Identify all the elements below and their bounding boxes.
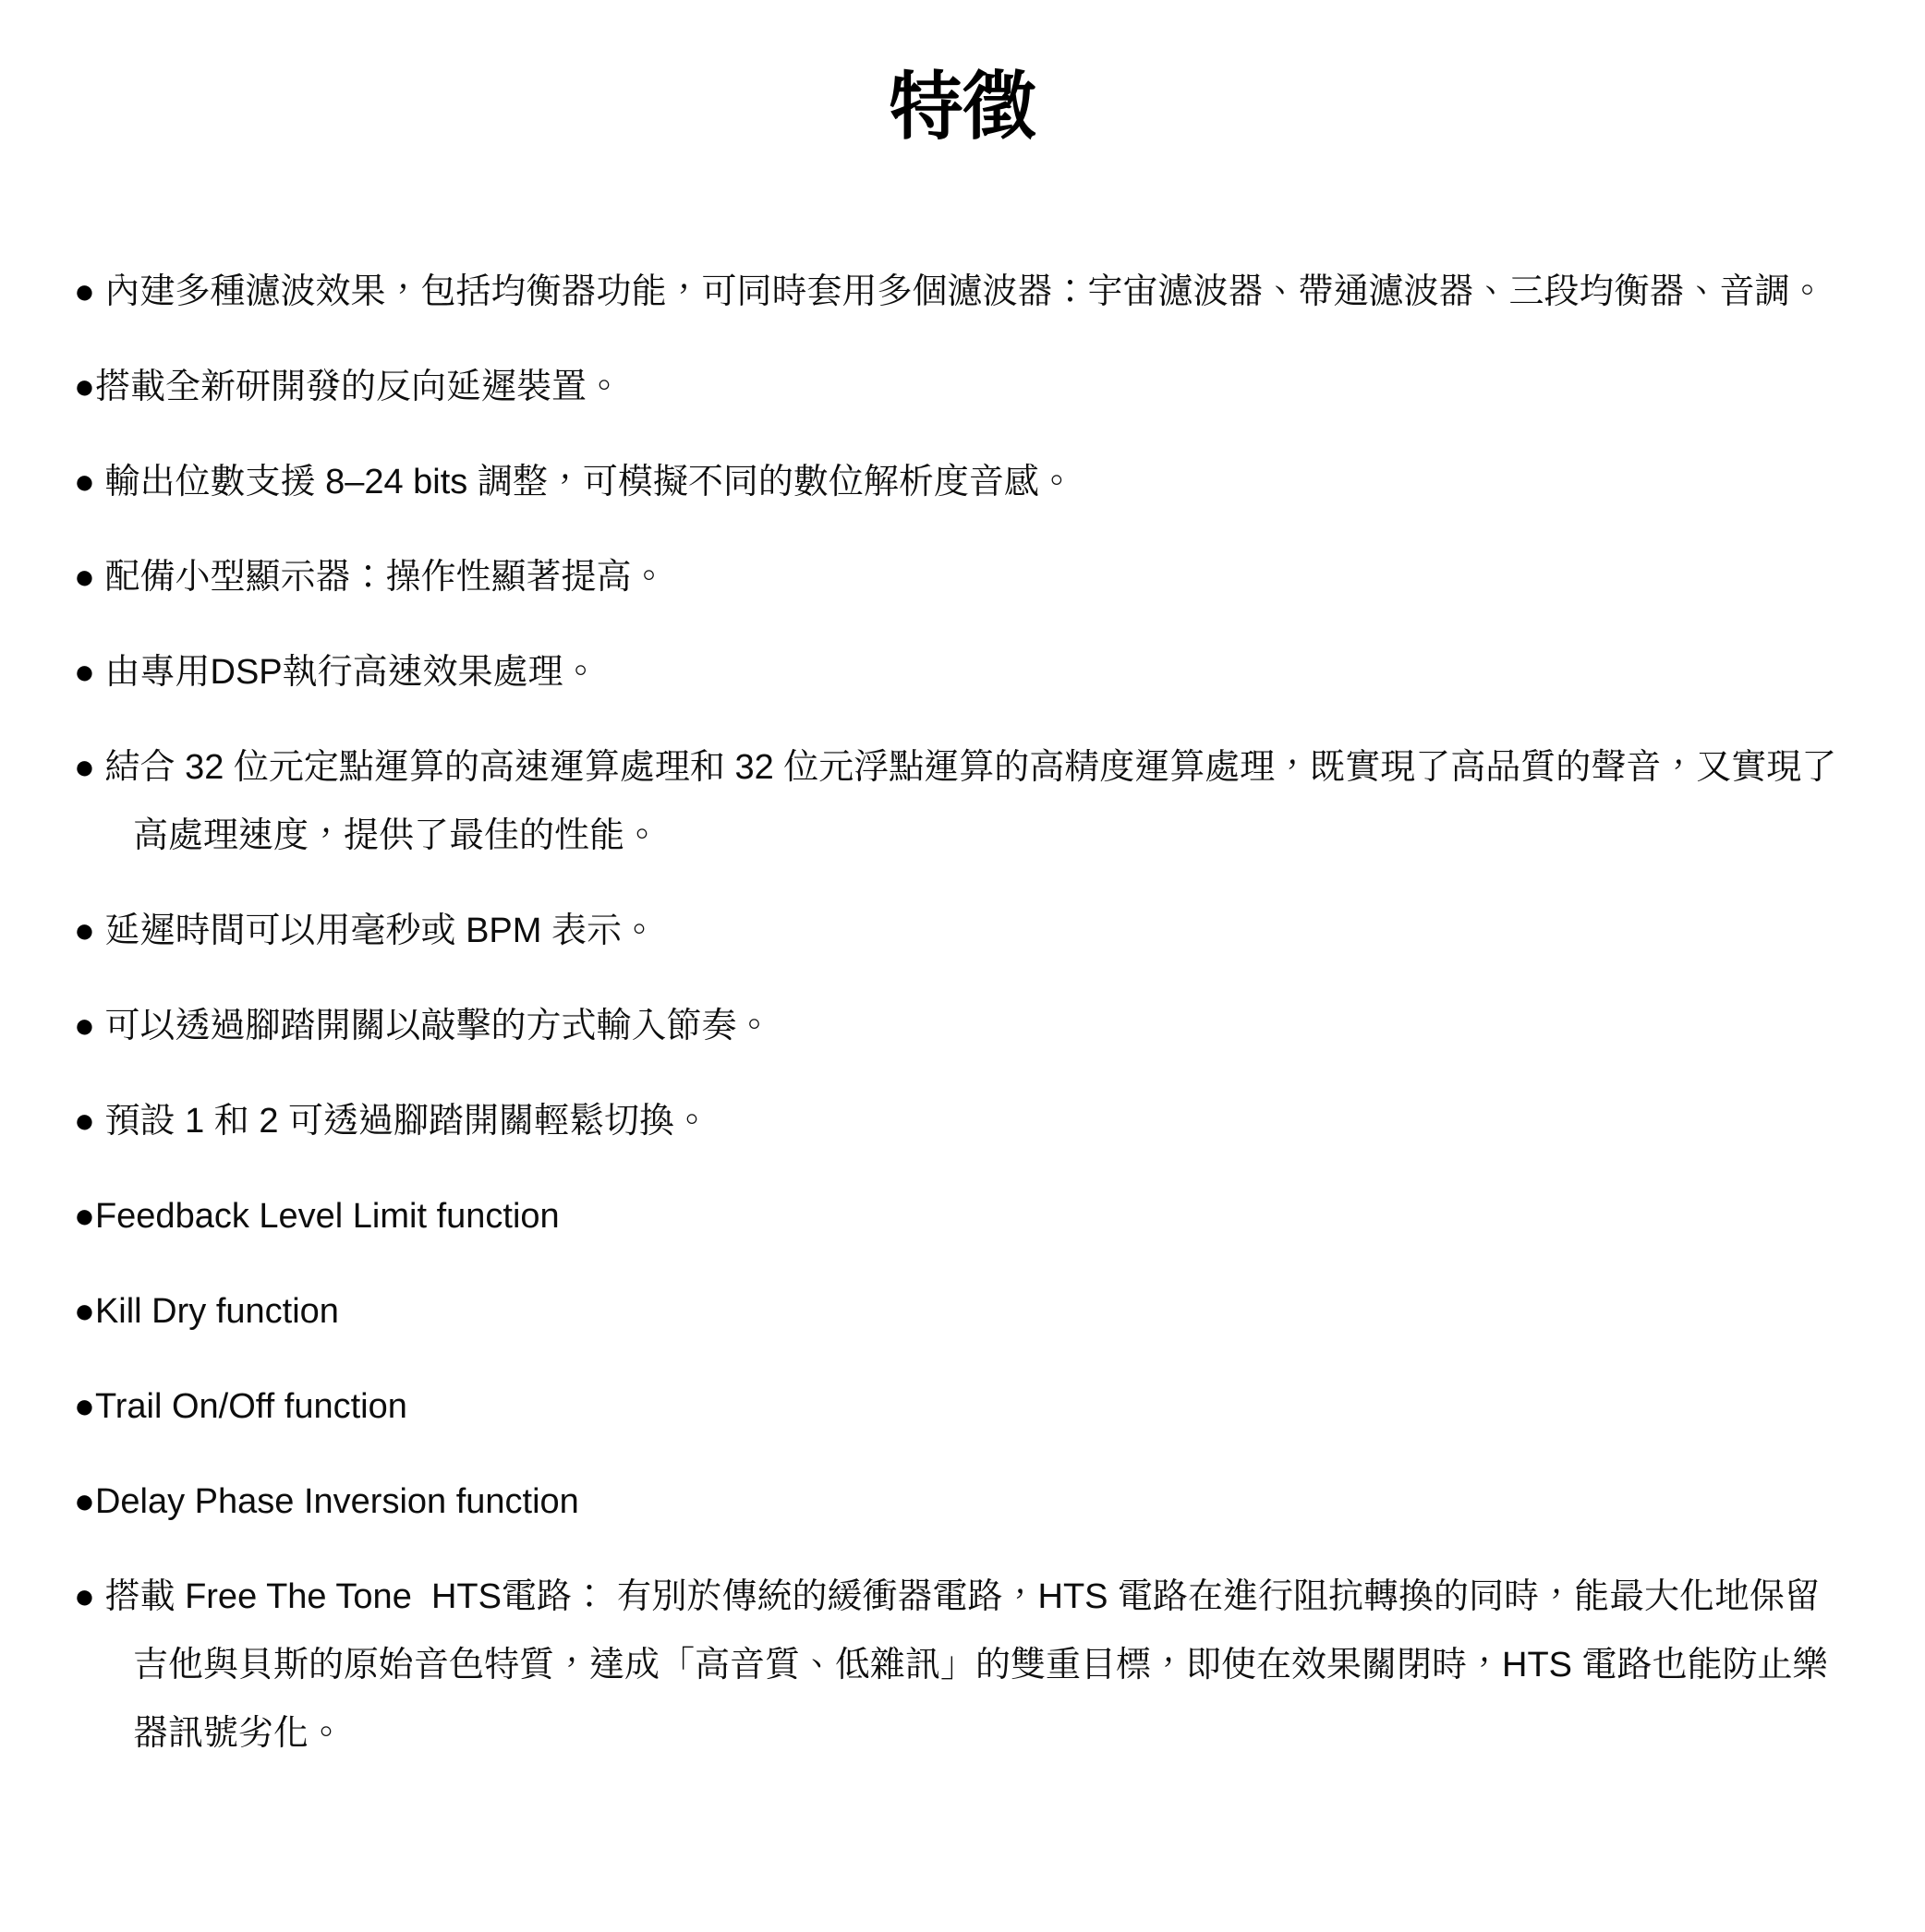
bullet-icon: ● [74, 1482, 95, 1521]
feature-text: 配備小型顯示器：操作性顯著提高。 [95, 558, 667, 597]
feature-text: Kill Dry function [95, 1292, 339, 1331]
bullet-icon: ● [74, 1007, 95, 1045]
bullet-icon: ● [74, 368, 95, 406]
bullet-icon: ● [74, 748, 95, 787]
feature-item: ● 內建多種濾波效果，包括均衡器功能，可同時套用多個濾波器：宇宙濾波器、帶通濾波… [74, 258, 1851, 326]
bullet-icon: ● [74, 912, 95, 950]
feature-text: 可以透過腳踏開關以敲擊的方式輸入節奏。 [95, 1007, 772, 1045]
feature-item: ●Delay Phase Inversion function [74, 1467, 1851, 1536]
bullet-icon: ● [74, 653, 95, 692]
bullet-icon: ● [74, 1292, 95, 1331]
feature-item: ● 延遲時間可以用毫秒或 BPM 表示。 [74, 897, 1851, 965]
feature-text: Feedback Level Limit function [95, 1197, 560, 1236]
feature-text: 搭載 Free The Tone HTS電路： 有別於傳統的緩衝器電路，HTS … [95, 1577, 1828, 1753]
feature-text: Delay Phase Inversion function [95, 1482, 579, 1521]
bullet-icon: ● [74, 558, 95, 597]
bullet-icon: ● [74, 463, 95, 501]
feature-item: ● 可以透過腳踏開關以敲擊的方式輸入節奏。 [74, 992, 1851, 1060]
feature-text: 延遲時間可以用毫秒或 BPM 表示。 [95, 912, 657, 950]
document-page: 特徵 ● 內建多種濾波效果，包括均衡器功能，可同時套用多個濾波器：宇宙濾波器、帶… [0, 0, 1925, 1932]
feature-text: 預設 1 和 2 可透過腳踏開關輕鬆切換。 [95, 1102, 709, 1141]
feature-text: 內建多種濾波效果，包括均衡器功能，可同時套用多個濾波器：宇宙濾波器、帶通濾波器、… [95, 272, 1825, 311]
bullet-icon: ● [74, 1577, 95, 1616]
feature-item: ● 由專用DSP執行高速效果處理。 [74, 638, 1851, 706]
feature-list: ● 內建多種濾波效果，包括均衡器功能，可同時套用多個濾波器：宇宙濾波器、帶通濾波… [0, 258, 1925, 1768]
feature-text: 由專用DSP執行高速效果處理。 [95, 653, 599, 692]
feature-item: ● 搭載 Free The Tone HTS電路： 有別於傳統的緩衝器電路，HT… [74, 1563, 1851, 1768]
bullet-icon: ● [74, 1387, 95, 1426]
page-title: 特徵 [0, 65, 1925, 150]
bullet-icon: ● [74, 272, 95, 311]
feature-item: ● 配備小型顯示器：操作性顯著提高。 [74, 543, 1851, 611]
feature-item: ● 預設 1 和 2 可透過腳踏開關輕鬆切換。 [74, 1087, 1851, 1155]
feature-item: ●Feedback Level Limit function [74, 1182, 1851, 1250]
feature-item: ● 結合 32 位元定點運算的高速運算處理和 32 位元浮點運算的高精度運算處理… [74, 733, 1851, 870]
feature-item: ● 輸出位數支援 8–24 bits 調整，可模擬不同的數位解析度音感。 [74, 448, 1851, 516]
feature-text: Trail On/Off function [95, 1387, 407, 1426]
bullet-icon: ● [74, 1197, 95, 1236]
feature-item: ●Kill Dry function [74, 1277, 1851, 1346]
feature-text: 搭載全新研開發的反向延遲裝置。 [95, 368, 622, 406]
feature-text: 輸出位數支援 8–24 bits 調整，可模擬不同的數位解析度音感。 [95, 463, 1074, 501]
bullet-icon: ● [74, 1102, 95, 1141]
feature-item: ●Trail On/Off function [74, 1372, 1851, 1441]
feature-item: ●搭載全新研開發的反向延遲裝置。 [74, 353, 1851, 421]
feature-text: 結合 32 位元定點運算的高速運算處理和 32 位元浮點運算的高精度運算處理，既… [95, 748, 1836, 855]
